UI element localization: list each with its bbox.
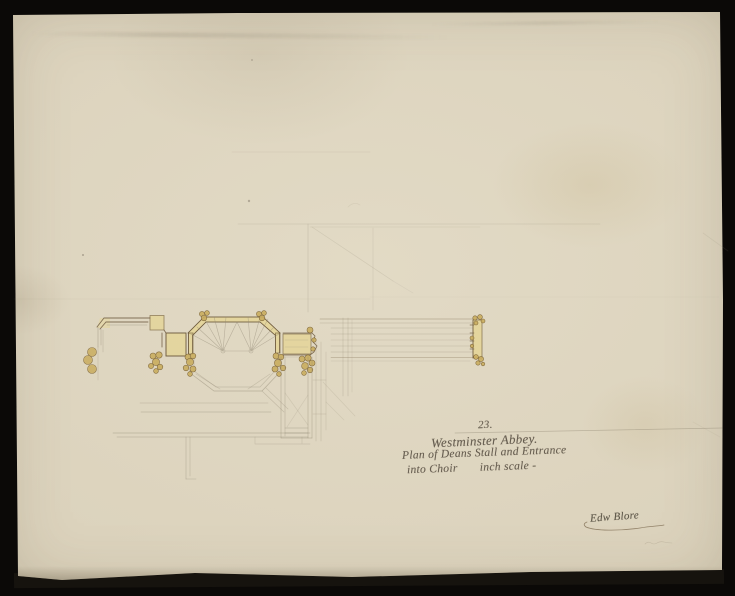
photograph-of-drawing: 23. Westminster Abbey. Plan of Deans Sta… bbox=[0, 0, 735, 596]
drawing-sheet bbox=[0, 0, 735, 596]
drawing-number: 23. bbox=[478, 419, 493, 432]
